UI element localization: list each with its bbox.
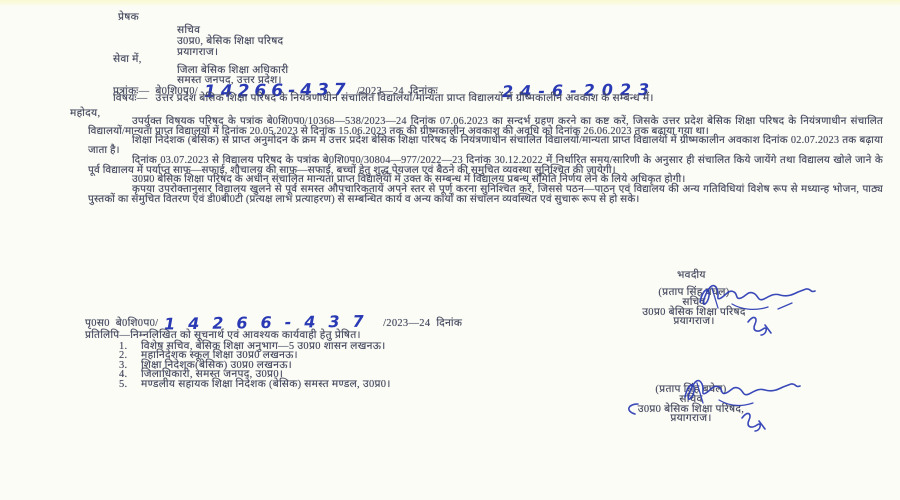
subject-label: विषयः—: [113, 93, 148, 104]
sender-block: सचिव उ0प्र0, बेसिक शिक्षा परिषद प्रयागरा…: [177, 26, 283, 58]
body-paragraph: दिनांक 03.07.2023 से विद्यालय परिषद के प…: [88, 156, 883, 175]
scanned-letter-page: प्रेषक सचिव उ0प्र0, बेसिक शिक्षा परिषद प…: [0, 0, 900, 500]
to-label: सेवा में,: [113, 55, 142, 66]
endorsement-office-code: बे0शि0प0/: [116, 319, 159, 330]
handwritten-endorsement-number: 14266-437: [164, 317, 377, 330]
body-paragraph: शिक्षा निदेशक (बेसिक) से प्राप्त अनुमोदन…: [88, 136, 883, 155]
endorsement-date-word: दिनांक: [436, 319, 462, 330]
copy-number: 5.: [119, 380, 141, 389]
sender-label: प्रेषक: [118, 13, 139, 24]
copies-list: 1. विशेष सचिव, बेसिक शिक्षा अनुभाग—5 उ0प…: [119, 342, 679, 389]
endorsement-year: /2023—24: [383, 319, 430, 330]
signatory-place: प्रयागराज।: [593, 414, 789, 424]
letter-body: उपर्युक्त विषयक परिषद के पत्रांक बे0शि0प…: [88, 117, 883, 204]
endorsement-reference-line: पृ0स0 बे0शि0प0/ 14266-437 /2023—24 दिनां…: [85, 316, 462, 330]
signature-block-2: (प्रताप सिंह बघेल) सचिव उ0प्र0 बेसिक शिक…: [593, 385, 789, 424]
copy-text: मण्डलीय सहायक शिक्षा निदेशक (बेसिक) समस्…: [141, 380, 391, 389]
copy-heading: प्रतिलिपि—निम्नलिखित को सूचनार्थ एवं आवश…: [85, 331, 361, 342]
handwriting-ink-overlay: [0, 0, 900, 500]
body-paragraph: कृपया उपरोक्तानुसार विद्यालय खुलने से पू…: [88, 185, 883, 204]
subject-text: उत्तर प्रदेश बेसिक शिक्षा परिषद के नियंत…: [156, 93, 654, 104]
subject-line: विषयः—उत्तर प्रदेश बेसिक शिक्षा परिषद के…: [113, 94, 900, 104]
endorsement-ref-label: पृ0स0: [85, 319, 110, 330]
signature-block-1: (प्रताप सिंह बघेल) सचिव उ0प्र0 बेसिक शिक…: [598, 288, 790, 327]
sender-line: प्रयागराज।: [177, 48, 283, 59]
body-paragraph: उपर्युक्त विषयक परिषद के पत्रांक बे0शि0प…: [88, 117, 883, 136]
signatory-place: प्रयागराज।: [598, 317, 790, 327]
sender-line: उ0प्र0, बेसिक शिक्षा परिषद: [177, 37, 283, 48]
closing-word: भवदीय: [677, 271, 706, 282]
